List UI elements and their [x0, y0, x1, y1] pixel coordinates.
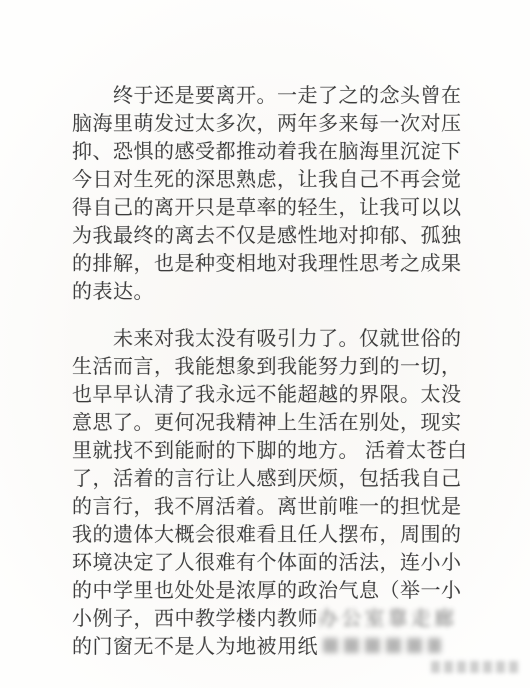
text-line-partially-blurred: 小例子，西中教学楼内教师办公室靠走廊	[72, 605, 472, 633]
text-line: 未来对我太没有吸引力了。仅就世俗的	[72, 325, 472, 353]
photo-note-page: 终于还是要离开。一走了之的念头曾在 脑海里萌发过太多次，两年多来每一次对压 抑、…	[0, 0, 530, 688]
text-line: 也早早认清了我永远不能超越的界限。太没	[72, 381, 472, 409]
text-line: 的言行，我不屑活着。离世前唯一的担忧是	[72, 493, 472, 521]
blurred-text-segment: 办公室靠走廊	[318, 608, 457, 630]
paragraph-1: 终于还是要离开。一走了之的念头曾在 脑海里萌发过太多次，两年多来每一次对压 抑、…	[72, 82, 472, 306]
text-line: 环境决定了人很难有个体面的活法，连小小	[72, 549, 472, 577]
text-line: 里就找不到能耐的下脚的地方。 活着太苍白	[72, 437, 472, 465]
text-line: 今日对生死的深思熟虑，让我自己不再会觉	[72, 166, 472, 194]
text-line: 为我最终的离去不仅是感性地对抑郁、孤独	[72, 222, 472, 250]
text-line: 脑海里萌发过太多次，两年多来每一次对压	[72, 110, 472, 138]
text-line-visible-part: 小例子，西中教学楼内教师	[72, 608, 318, 630]
text-line: 的中学里也处处是浓厚的政治气息（举一小	[72, 577, 472, 605]
text-line: 的排解，也是种变相地对我理性思考之成果	[72, 250, 472, 278]
text-line: 得自己的离开只是草率的轻生，让我可以以	[72, 194, 472, 222]
paragraph-2: 未来对我太没有吸引力了。仅就世俗的 生活而言，我能想象到我能努力到的一切， 也早…	[72, 325, 472, 661]
text-line: 生活而言，我能想象到我能努力到的一切，	[72, 353, 472, 381]
watermark-blurred-text	[431, 661, 518, 673]
note-text-block: 终于还是要离开。一走了之的念头曾在 脑海里萌发过太多次，两年多来每一次对压 抑、…	[72, 82, 472, 661]
text-line-partially-blurred: 的门窗无不是人为地被用纸	[72, 633, 472, 661]
text-line: 终于还是要离开。一走了之的念头曾在	[72, 82, 472, 110]
text-line: 的表达。	[72, 278, 472, 306]
text-line-visible-part: 的门窗无不是人为地被用纸	[72, 636, 318, 658]
text-line: 抑、恐惧的感受都推动着我在脑海里沉淀下	[72, 138, 472, 166]
text-line: 意思了。更何况我精神上生活在别处，现实	[72, 409, 472, 437]
text-line: 我的遗体大概会很难看且任人摆布，周围的	[72, 521, 472, 549]
blurred-illegible-segment	[323, 638, 441, 653]
text-line: 了，活着的言行让人感到厌烦，包括我自己	[72, 465, 472, 493]
